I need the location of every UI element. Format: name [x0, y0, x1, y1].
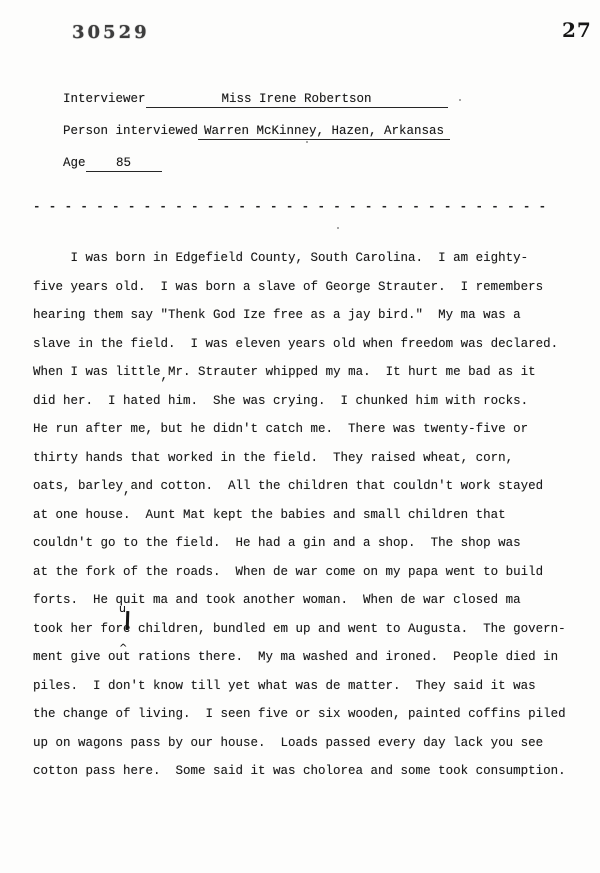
- text-segment: ,: [123, 483, 131, 497]
- text-segment: forts. He quit ma and took another woman…: [33, 593, 521, 607]
- text-line: five years old. I was born a slave of Ge…: [33, 273, 589, 302]
- text-segment: I was born in Edgefield County, South Ca…: [33, 251, 528, 265]
- text-segment: hearing them say "Thenk God Ize free as …: [33, 308, 521, 322]
- text-line: cotton pass here. Some said it was cholo…: [33, 757, 589, 786]
- text-line: He run after me, but he didn't catch me.…: [33, 415, 589, 444]
- field-value: Miss Irene Robertson: [222, 92, 372, 106]
- text-line: did her. I hated him. She was crying. I …: [33, 387, 589, 416]
- text-line: piles. I don't know till yet what was de…: [33, 672, 589, 701]
- body-text: I was born in Edgefield County, South Ca…: [33, 244, 589, 786]
- text-line: forts. He quit ma and took another woman…: [33, 586, 589, 615]
- stamp-number: 30529: [72, 22, 150, 43]
- text-segment: ment give out rations there. My ma washe…: [33, 650, 558, 664]
- text-line: up on wagons pass by our house. Loads pa…: [33, 729, 589, 758]
- header-fields: Interviewer Miss Irene Robertson Person …: [63, 92, 450, 188]
- text-segment: the change of living. I seen five or six…: [33, 707, 566, 721]
- text-segment: When I was little: [33, 365, 161, 379]
- text-line: took her foreu^ children, bundled em up …: [33, 615, 589, 644]
- text-segment: children, bundled em up and went to Augu…: [131, 622, 566, 636]
- text-segment: five years old. I was born a slave of Ge…: [33, 280, 543, 294]
- text-segment: took her for: [33, 622, 123, 636]
- text-segment: and cotton. All the children that couldn…: [131, 479, 544, 493]
- text-segment: Mr. Strauter whipped my ma. It hurt me b…: [168, 365, 536, 379]
- text-line: thirty hands that worked in the field. T…: [33, 444, 589, 473]
- field-age: Age 85: [63, 156, 450, 175]
- text-line: at the fork of the roads. When de war co…: [33, 558, 589, 587]
- text-segment: piles. I don't know till yet what was de…: [33, 679, 536, 693]
- text-segment: up on wagons pass by our house. Loads pa…: [33, 736, 543, 750]
- document-page: 30529 27 Interviewer Miss Irene Robertso…: [0, 0, 600, 873]
- text-segment: cotton pass here. Some said it was cholo…: [33, 764, 566, 778]
- text-segment: ,: [161, 369, 169, 383]
- text-segment: did her. I hated him. She was crying. I …: [33, 394, 528, 408]
- text-line: oats, barley,and cotton. All the childre…: [33, 472, 589, 501]
- field-underline: Miss Irene Robertson: [146, 92, 448, 108]
- scan-speck: [459, 99, 461, 101]
- text-line: ment give out rations there. My ma washe…: [33, 643, 589, 672]
- dashed-separator: - - - - - - - - - - - - - - - - - - - - …: [33, 200, 547, 214]
- field-value: Warren McKinney, Hazen, Arkansas: [204, 124, 444, 138]
- text-line: the change of living. I seen five or six…: [33, 700, 589, 729]
- field-person-interviewed: Person interviewed Warren McKinney, Haze…: [63, 124, 450, 143]
- text-line: When I was little,Mr. Strauter whipped m…: [33, 358, 589, 387]
- scan-speck: [337, 227, 339, 229]
- text-segment: at the fork of the roads. When de war co…: [33, 565, 543, 579]
- field-interviewer: Interviewer Miss Irene Robertson: [63, 92, 450, 111]
- field-value: 85: [116, 156, 131, 170]
- text-line: hearing them say "Thenk God Ize free as …: [33, 301, 589, 330]
- page-number: 27: [562, 18, 592, 42]
- text-line: couldn't go to the field. He had a gin a…: [33, 529, 589, 558]
- field-label: Interviewer: [63, 92, 146, 106]
- field-label: Age: [63, 156, 86, 170]
- text-segment: oats, barley: [33, 479, 123, 493]
- text-segment: couldn't go to the field. He had a gin a…: [33, 536, 521, 550]
- text-line: slave in the field. I was eleven years o…: [33, 330, 589, 359]
- scan-speck: [306, 141, 308, 143]
- field-underline: Warren McKinney, Hazen, Arkansas: [198, 124, 450, 140]
- text-segment: at one house. Aunt Mat kept the babies a…: [33, 508, 506, 522]
- handwritten-correction: eu^: [123, 615, 131, 644]
- text-segment: thirty hands that worked in the field. T…: [33, 451, 513, 465]
- text-line: I was born in Edgefield County, South Ca…: [33, 244, 589, 273]
- text-line: at one house. Aunt Mat kept the babies a…: [33, 501, 589, 530]
- text-segment: He run after me, but he didn't catch me.…: [33, 422, 528, 436]
- text-segment: slave in the field. I was eleven years o…: [33, 337, 558, 351]
- field-label: Person interviewed: [63, 124, 198, 138]
- field-underline: 85: [86, 156, 162, 172]
